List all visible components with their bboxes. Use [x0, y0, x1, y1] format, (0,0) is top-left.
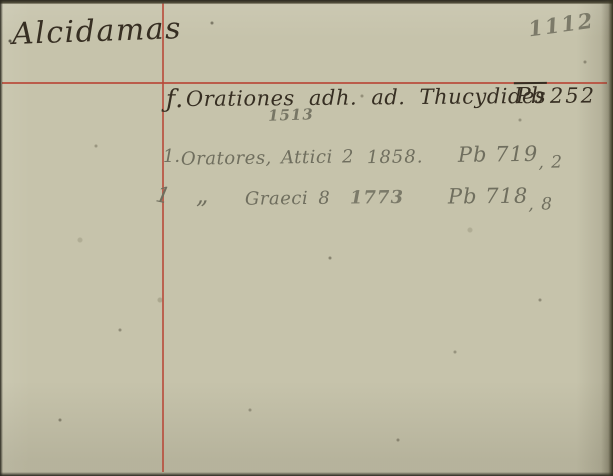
- entry-3-ditto-mark: „: [196, 181, 209, 209]
- red-rule-vertical: [162, 0, 164, 472]
- entry-3-shelfmark-number: Pb 718: [448, 184, 529, 209]
- entry-2-year: 1858.: [367, 146, 424, 168]
- card-paper: Alcidamas 1112 ƒ. Orationes adh. ad. Thu…: [0, 0, 613, 476]
- entry-1-prefix: ƒ.: [166, 84, 183, 113]
- scan-edge-bottom: [0, 472, 613, 476]
- entry-1-title: Orationes adh. ad. Thucydides: [186, 84, 546, 111]
- entry-1-note-below: 1513: [268, 105, 314, 125]
- card-heading: Alcidamas: [11, 11, 182, 52]
- catalog-card-scan: Alcidamas 1112 ƒ. Orationes adh. ad. Thu…: [0, 0, 613, 476]
- entry-3-volume: , 8: [528, 194, 553, 214]
- entry-2-shelfmark: Pb 719, 2: [458, 141, 563, 166]
- entry-2-title: Oratores, Attici 2: [181, 146, 354, 169]
- entry-line-3: 1 „ Graeci 8 1773 Pb 718, 8: [0, 183, 613, 223]
- scan-edge-left: [0, 0, 3, 476]
- entry-2-volume: , 2: [538, 152, 563, 172]
- entry-3-year: 1773: [350, 187, 404, 209]
- entry-2-prefix: 1.: [163, 146, 180, 167]
- scan-edge-top: [0, 0, 613, 4]
- entry-1-shelfmark-number: 252: [550, 83, 596, 107]
- entry-line-2: 1. Oratores, Attici 2 1858. Pb 719, 2: [0, 141, 613, 184]
- entry-1-shelfmark-label: Pb: [514, 82, 547, 109]
- entry-3-prefix: 1: [154, 182, 173, 209]
- entry-2-shelfmark-number: Pb 719: [458, 142, 539, 167]
- corner-folio-number: 1112: [527, 7, 596, 41]
- entry-3-title: Graeci 8: [245, 188, 331, 210]
- scan-edge-right: [601, 0, 613, 476]
- entry-3-shelfmark: Pb 718, 8: [448, 183, 553, 208]
